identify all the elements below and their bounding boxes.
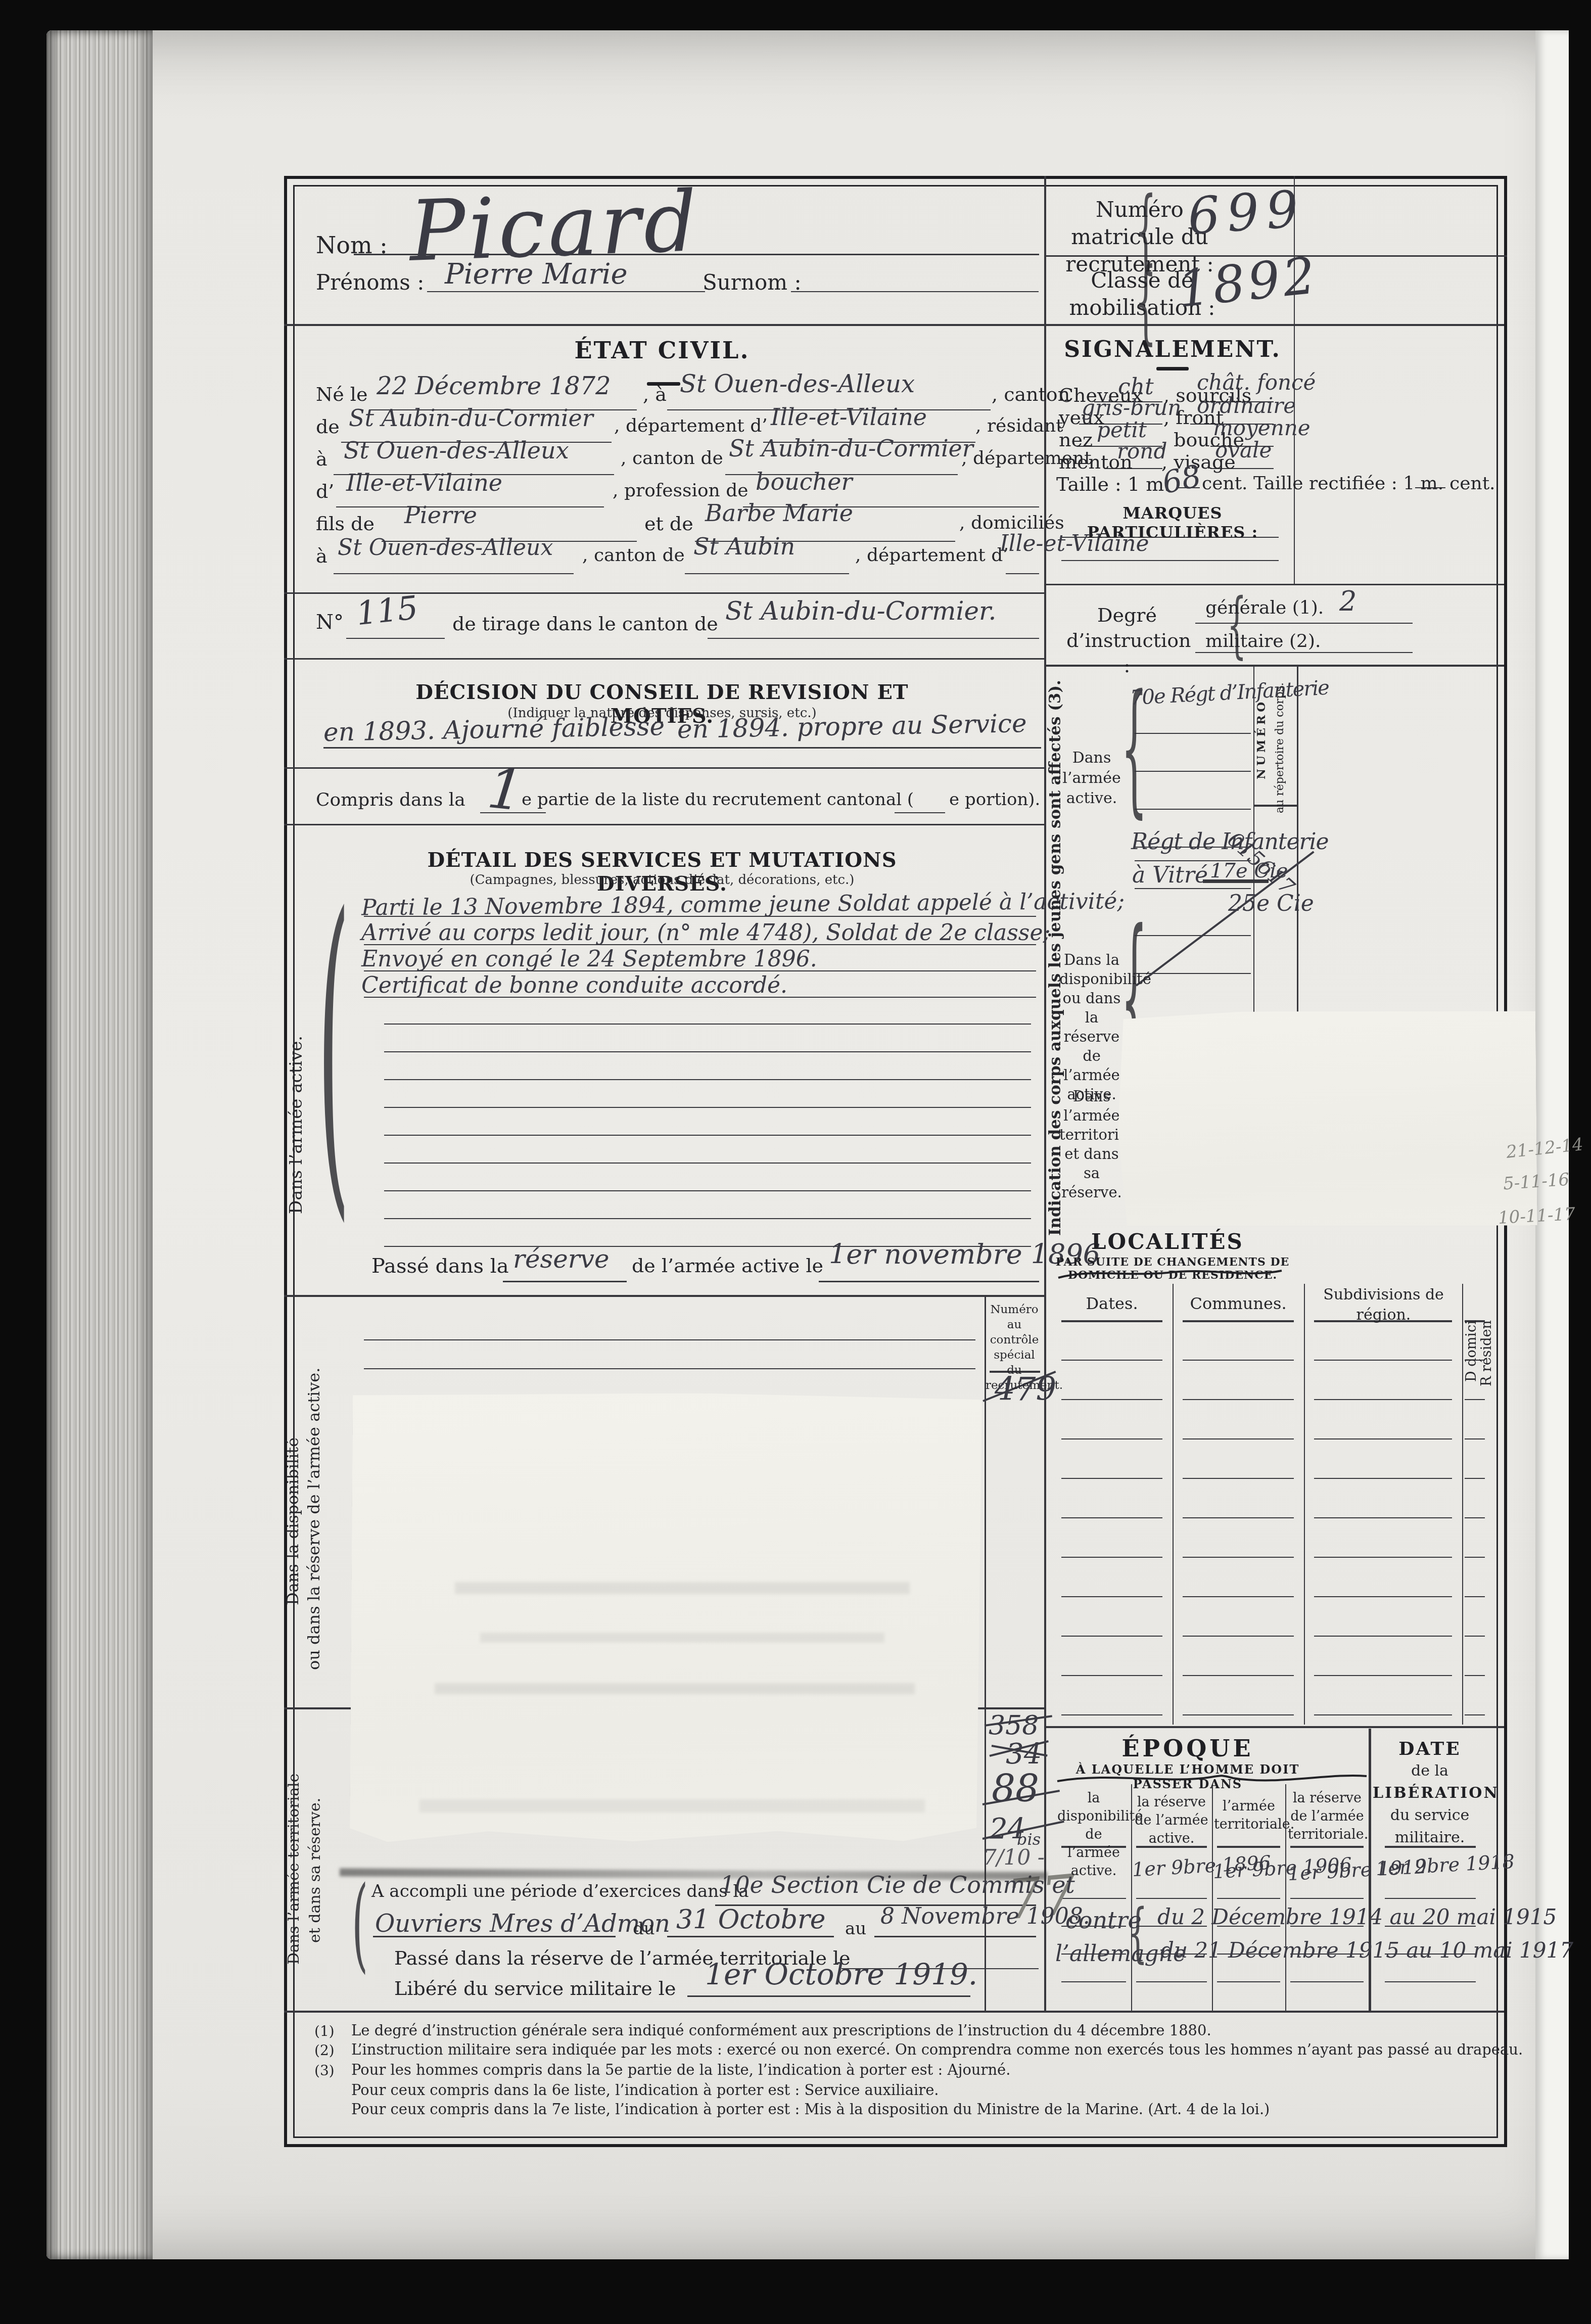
rule-line — [1290, 1898, 1364, 1899]
canton-de-label: , canton de — [621, 448, 723, 469]
rule-line — [1061, 1981, 1126, 1982]
rule-line — [819, 1281, 1039, 1282]
rule-line — [1061, 1320, 1162, 1322]
visage-value: ovale — [1215, 438, 1272, 462]
epoque-date-header: DATE de la LIBÉRATION du service militai… — [1373, 1738, 1487, 1849]
periode-value-3: 31 Octobre — [676, 1904, 826, 1935]
rule-line — [1061, 1675, 1162, 1676]
date-line-1: DATE — [1373, 1738, 1487, 1760]
tirage-canton: St Aubin-du-Cormier. — [725, 596, 996, 626]
canton-label: , canton — [992, 383, 1070, 405]
compris-label-a: Compris dans la — [316, 789, 465, 810]
rule-line — [384, 1190, 1031, 1191]
ne-le-label: Né le — [316, 383, 367, 405]
birth-date: 22 Décembre 1872 — [377, 372, 611, 400]
rule-line — [1061, 1438, 1162, 1439]
rule-line — [1061, 1517, 1162, 1518]
localites-col-domicilie: D domici — [1464, 1288, 1479, 1414]
rule-line — [1290, 1846, 1364, 1848]
father-name: Pierre — [404, 501, 477, 529]
numero-controle-dispo-value: 479 — [995, 1371, 1056, 1408]
rule-line — [1290, 1981, 1364, 1982]
surnom-label: Surnom : — [703, 270, 802, 295]
rule-line — [1183, 1596, 1294, 1597]
rule-line — [1314, 1557, 1452, 1558]
rule-line — [284, 658, 1044, 660]
tirage-number: 115 — [354, 589, 419, 633]
services-subtitle: (Campagnes, blessures, actions d’éclat, … — [409, 872, 915, 888]
brace-ornament: ( — [317, 874, 350, 1223]
departement-label: , département d’ — [614, 415, 768, 436]
rule-line — [1044, 584, 1504, 585]
section-label-disponibilite-2: ou dans la réserve de l’armée active. — [304, 1319, 324, 1718]
slip-bleedthrough-1 — [455, 1582, 910, 1594]
tirage-no-label: N° — [316, 611, 344, 634]
epoque-col2-header: la réserve de l’armée active. — [1133, 1793, 1210, 1848]
bouche-value: moyenne — [1213, 415, 1311, 440]
rule-line — [1385, 1981, 1476, 1982]
scanned-register-page: {{{({{({ Nom : Picard Prénoms : Pierre M… — [0, 0, 1591, 2324]
rule-line — [667, 1936, 834, 1937]
rule-line — [1465, 1478, 1485, 1479]
rule-line — [1183, 1438, 1294, 1439]
passe-reserve-label-b: de l’armée active le — [632, 1254, 823, 1277]
rule-line — [1136, 1981, 1207, 1982]
tirage-text: de tirage dans le canton de — [452, 613, 718, 635]
epoque-col3-header: l’armée territoriale. — [1214, 1797, 1284, 1834]
services-title: DÉTAIL DES SERVICES ET MUTATIONS DIVERSE… — [409, 848, 915, 896]
rule-line — [1183, 1557, 1294, 1558]
campagne-dates-2: du 21 Décembre 1915 au 10 mai 1917 — [1160, 1938, 1573, 1963]
rule-line — [284, 824, 1044, 825]
footnote-3-text: Pour les hommes compris dans la 5e parti… — [351, 2061, 1010, 2078]
rule-line — [1465, 1557, 1485, 1558]
birth-departement: Ille-et-Vilaine — [771, 403, 927, 431]
rule-line — [1314, 1596, 1452, 1597]
passe-reserve-label-a: Passé dans la — [371, 1254, 509, 1278]
a-label: , à — [643, 383, 667, 405]
rule-line — [1465, 1517, 1485, 1518]
date-line-4: du service militaire. — [1373, 1804, 1487, 1849]
marques-title: MARQUES PARTICULIÈRES : — [1061, 503, 1284, 542]
libere-value: 1er Octobre 1919. — [705, 1957, 977, 1991]
rule-line — [895, 812, 945, 813]
rule-line — [334, 573, 574, 574]
service-line-4: Certificat de bonne conduite accordé. — [361, 972, 787, 998]
rule-line — [1135, 888, 1251, 889]
rule-line — [1006, 573, 1039, 574]
rule-line — [1314, 1399, 1452, 1400]
parents-canton: St Aubin — [693, 533, 795, 560]
rule-line — [1465, 1596, 1485, 1597]
section-label-territoriale-2: et dans sa réserve. — [306, 1734, 326, 2007]
rule-line — [384, 1218, 1031, 1219]
rule-line — [685, 573, 849, 574]
periode-au-label: au — [845, 1919, 866, 1939]
rule-line — [323, 747, 1041, 749]
slip-bleedthrough-4 — [419, 1799, 925, 1812]
degre-militaire-label: militaire (2). — [1205, 631, 1321, 652]
periode-value-4: 8 Novembre 1908. — [880, 1903, 1090, 1929]
nez-label: nez — [1059, 429, 1093, 451]
footnote-3-num: (3) — [314, 2062, 335, 2079]
numero-terr-358: 358 — [989, 1710, 1039, 1741]
date-line-3: LIBÉRATION — [1373, 1782, 1487, 1804]
rule-line — [1385, 1898, 1476, 1899]
periode-value-2: Ouvriers Mres d’Admon — [375, 1910, 670, 1938]
service-line-2: Arrivé au corps ledit jour, (n° mle 4748… — [361, 920, 1050, 946]
prenoms-label: Prénoms : — [316, 270, 424, 295]
rule-line — [1465, 1714, 1485, 1715]
rule-line — [1061, 1557, 1162, 1558]
rule-line — [1061, 560, 1279, 561]
epoque-col1-header: la disponibilité de l’armée active. — [1057, 1789, 1130, 1880]
taille-cent-label: cent. — [1449, 473, 1495, 494]
rule-line — [1173, 1284, 1174, 1725]
rule-line — [384, 1163, 1031, 1164]
rule-line — [1183, 1675, 1294, 1676]
rule-line — [384, 1051, 1031, 1052]
section-label-territoriale-1: Dans l’armée territoriale — [285, 1721, 305, 2017]
rule-line — [1183, 1517, 1294, 1518]
prenoms-value: Pierre Marie — [445, 258, 628, 291]
rule-line — [1061, 1478, 1162, 1479]
footnote-1-text: Le degré d’instruction générale sera ind… — [351, 2022, 1211, 2039]
paste-over-slip-left — [350, 1391, 982, 1846]
taille-rectifiee-label: cent. Taille rectifiée : 1 m. — [1202, 473, 1443, 494]
epoque-title: ÉPOQUE — [1056, 1735, 1319, 1762]
localites-swash-ornament — [1056, 1267, 1284, 1281]
compris-partie-value: 1 — [485, 756, 527, 824]
corps-row2-label: Dans la disponibilité ou dans la réserve… — [1059, 950, 1124, 1104]
d-label: d’ — [316, 480, 334, 502]
numero-repertoire-v1: NUMÉRO — [1254, 675, 1272, 804]
departement-d-label: , département d’ — [855, 545, 1009, 566]
rule-line — [384, 1079, 1031, 1080]
rule-line — [1183, 1399, 1294, 1400]
rule-line — [1314, 1714, 1452, 1715]
periode-label: A accompli une période d’exercices dans … — [371, 1881, 749, 1901]
footnote-4-text: Pour ceux compris dans la 6e liste, l’in… — [351, 2081, 939, 2099]
rule-line — [1314, 1517, 1452, 1518]
book-page-edges — [46, 30, 153, 2259]
birth-canton: St Aubin-du-Cormier — [349, 404, 593, 432]
taille-label: Taille : 1 m. — [1056, 473, 1170, 495]
margin-note-3: 10-11-17 — [1498, 1204, 1576, 1228]
rule-line — [687, 1995, 970, 1997]
rule-line — [1217, 1981, 1280, 1982]
service-line-3: Envoyé en congé le 24 Septembre 1896. — [361, 946, 817, 972]
corps-row2-value-3: 25e Cie — [1228, 891, 1314, 916]
decision-value-2: en 1894. propre au Service — [677, 709, 1027, 744]
rule-line — [1061, 1714, 1162, 1715]
et-de-label: et de — [644, 513, 693, 535]
parents-residence: St Ouen-des-Alleux — [338, 535, 553, 561]
rule-line — [1183, 1320, 1294, 1322]
birth-place: St Ouen-des-Alleux — [680, 370, 915, 398]
rule-line — [384, 1107, 1031, 1108]
rule-line — [1183, 1478, 1294, 1479]
rule-line — [1465, 1636, 1485, 1637]
rule-line — [1462, 1284, 1463, 1725]
rule-line — [1135, 935, 1251, 936]
epoque-col4-header: la réserve de l’armée territoriale. — [1288, 1789, 1367, 1844]
epoque-swash-ornament — [1055, 1771, 1369, 1786]
rule-line — [1135, 809, 1251, 810]
rule-line — [1304, 1284, 1305, 1725]
rule-line — [791, 291, 1039, 292]
rule-line — [1135, 771, 1251, 772]
rule-line — [1465, 1438, 1485, 1439]
rule-line — [1212, 1784, 1213, 2011]
rule-line — [1465, 1675, 1485, 1676]
numero-terr-34: 34 — [1006, 1738, 1042, 1771]
menton-value: rond — [1117, 439, 1167, 463]
residant-label: , résidant — [975, 415, 1063, 436]
compris-label-c: e portion). — [949, 789, 1040, 810]
rule-line — [1217, 1846, 1280, 1848]
canton-de2-label: , canton de — [582, 545, 685, 566]
etat-civil-title: ÉTAT CIVIL. — [409, 337, 915, 364]
rule-line — [1314, 1675, 1452, 1676]
slip-bleedthrough-3 — [435, 1683, 915, 1694]
rule-line — [1061, 1596, 1162, 1597]
rule-line — [1061, 1399, 1162, 1400]
corps-row3-label: Dans l’armée territoriale et dans sa rés… — [1059, 1087, 1124, 1202]
rule-line — [1183, 1714, 1294, 1715]
campagne-dates-1: du 2 Décembre 1914 au 20 mai 1915 — [1157, 1904, 1557, 1929]
profession-value: boucher — [756, 468, 852, 495]
rule-line — [346, 638, 445, 639]
slip-bleedthrough-2 — [480, 1633, 884, 1643]
domicilies-label: , domiciliés — [959, 513, 1064, 533]
brace-ornament: ( — [352, 1873, 368, 1976]
rule-line — [1183, 1360, 1294, 1361]
corps-row2-value-2: à Vitré — [1132, 862, 1208, 888]
rule-line — [1217, 1898, 1280, 1899]
compris-label-b: e partie de la liste du recrutement cant… — [522, 789, 914, 810]
footnote-2-num: (2) — [314, 2042, 335, 2059]
footnote-1-num: (1) — [314, 2023, 335, 2039]
localites-col-subdivisions: Subdivisions de région. — [1314, 1285, 1453, 1325]
nom-label: Nom : — [316, 231, 388, 259]
passe-reserve-value-1: réserve — [513, 1244, 609, 1274]
footnote-5-text: Pour ceux compris dans la 7e liste, l’in… — [351, 2101, 1270, 2118]
degre-label: Degré d’instruction : — [1066, 602, 1188, 678]
residence-canton: St Aubin-du-Cormier — [729, 435, 973, 462]
a3-label: à — [316, 545, 327, 567]
libere-label: Libéré du service militaire le — [394, 1977, 676, 2000]
rule-line — [708, 638, 1039, 639]
degre-generale-value: 2 — [1339, 585, 1356, 617]
de-label: de — [316, 415, 340, 438]
rule-line — [1183, 1636, 1294, 1637]
rule-line — [1314, 1438, 1452, 1439]
section-label-armee-active: Dans l’armée active. — [286, 983, 308, 1266]
mother-name: Barbe Marie — [705, 499, 853, 527]
rule-line — [503, 1281, 627, 1282]
signalement-dash — [1156, 367, 1189, 370]
matricule-value: 699 — [1186, 179, 1307, 246]
residence: St Ouen-des-Alleux — [344, 437, 569, 464]
rule-line — [1061, 1360, 1162, 1361]
numero-terr-710: 7/10 - — [983, 1845, 1045, 1870]
fils-de-label: fils de — [316, 513, 375, 535]
rule-line — [364, 1339, 975, 1340]
rule-line — [284, 2011, 1504, 2013]
a2-label: à — [316, 448, 327, 470]
rule-line — [284, 767, 1044, 769]
numero-repertoire-v2: au répertoire du corps. — [1274, 672, 1290, 824]
signalement-title: SIGNALEMENT. — [1046, 337, 1299, 362]
sourcils-value: chât. foncé — [1197, 370, 1316, 395]
rule-line — [1044, 1726, 1504, 1728]
rule-line — [284, 1295, 1045, 1297]
corps-row1-label: Dans l’armée active. — [1061, 748, 1122, 809]
numero-terr-88: 88 — [992, 1767, 1039, 1810]
profession-label: , profession de — [613, 480, 748, 501]
periode-du-label: du — [633, 1919, 655, 1939]
localites-title: LOCALITÉS — [1056, 1229, 1279, 1254]
footnote-2-text: L’instruction militaire sera indiquée pa… — [351, 2041, 1523, 2058]
rule-line — [1135, 733, 1251, 734]
rule-line — [384, 1024, 1031, 1025]
degre-generale-label: générale (1). — [1205, 597, 1324, 618]
localites-col-communes: Communes. — [1180, 1294, 1296, 1313]
date-line-2: de la — [1373, 1760, 1487, 1782]
rule-line — [874, 1936, 1036, 1937]
rule-line — [364, 1368, 975, 1369]
localites-col-dates: Dates. — [1061, 1294, 1162, 1313]
front-value: ordinaire — [1197, 393, 1296, 418]
paste-over-slip-right — [1117, 1009, 1537, 1229]
rule-line — [1314, 1478, 1452, 1479]
residence-departement: Ille-et-Vilaine — [346, 469, 502, 496]
section-label-disponibilite-1: Dans la disponibilité — [283, 1344, 303, 1698]
rule-line — [427, 291, 705, 292]
rule-line — [1061, 1636, 1162, 1637]
rule-line — [1314, 1360, 1452, 1361]
localites-col-residant: R résiden — [1479, 1288, 1494, 1419]
rule-line — [284, 324, 1504, 326]
decision-value-1: en 1893. Ajourné faiblesse — [323, 712, 665, 747]
rule-line — [384, 1135, 1031, 1136]
rule-line — [1314, 1636, 1452, 1637]
